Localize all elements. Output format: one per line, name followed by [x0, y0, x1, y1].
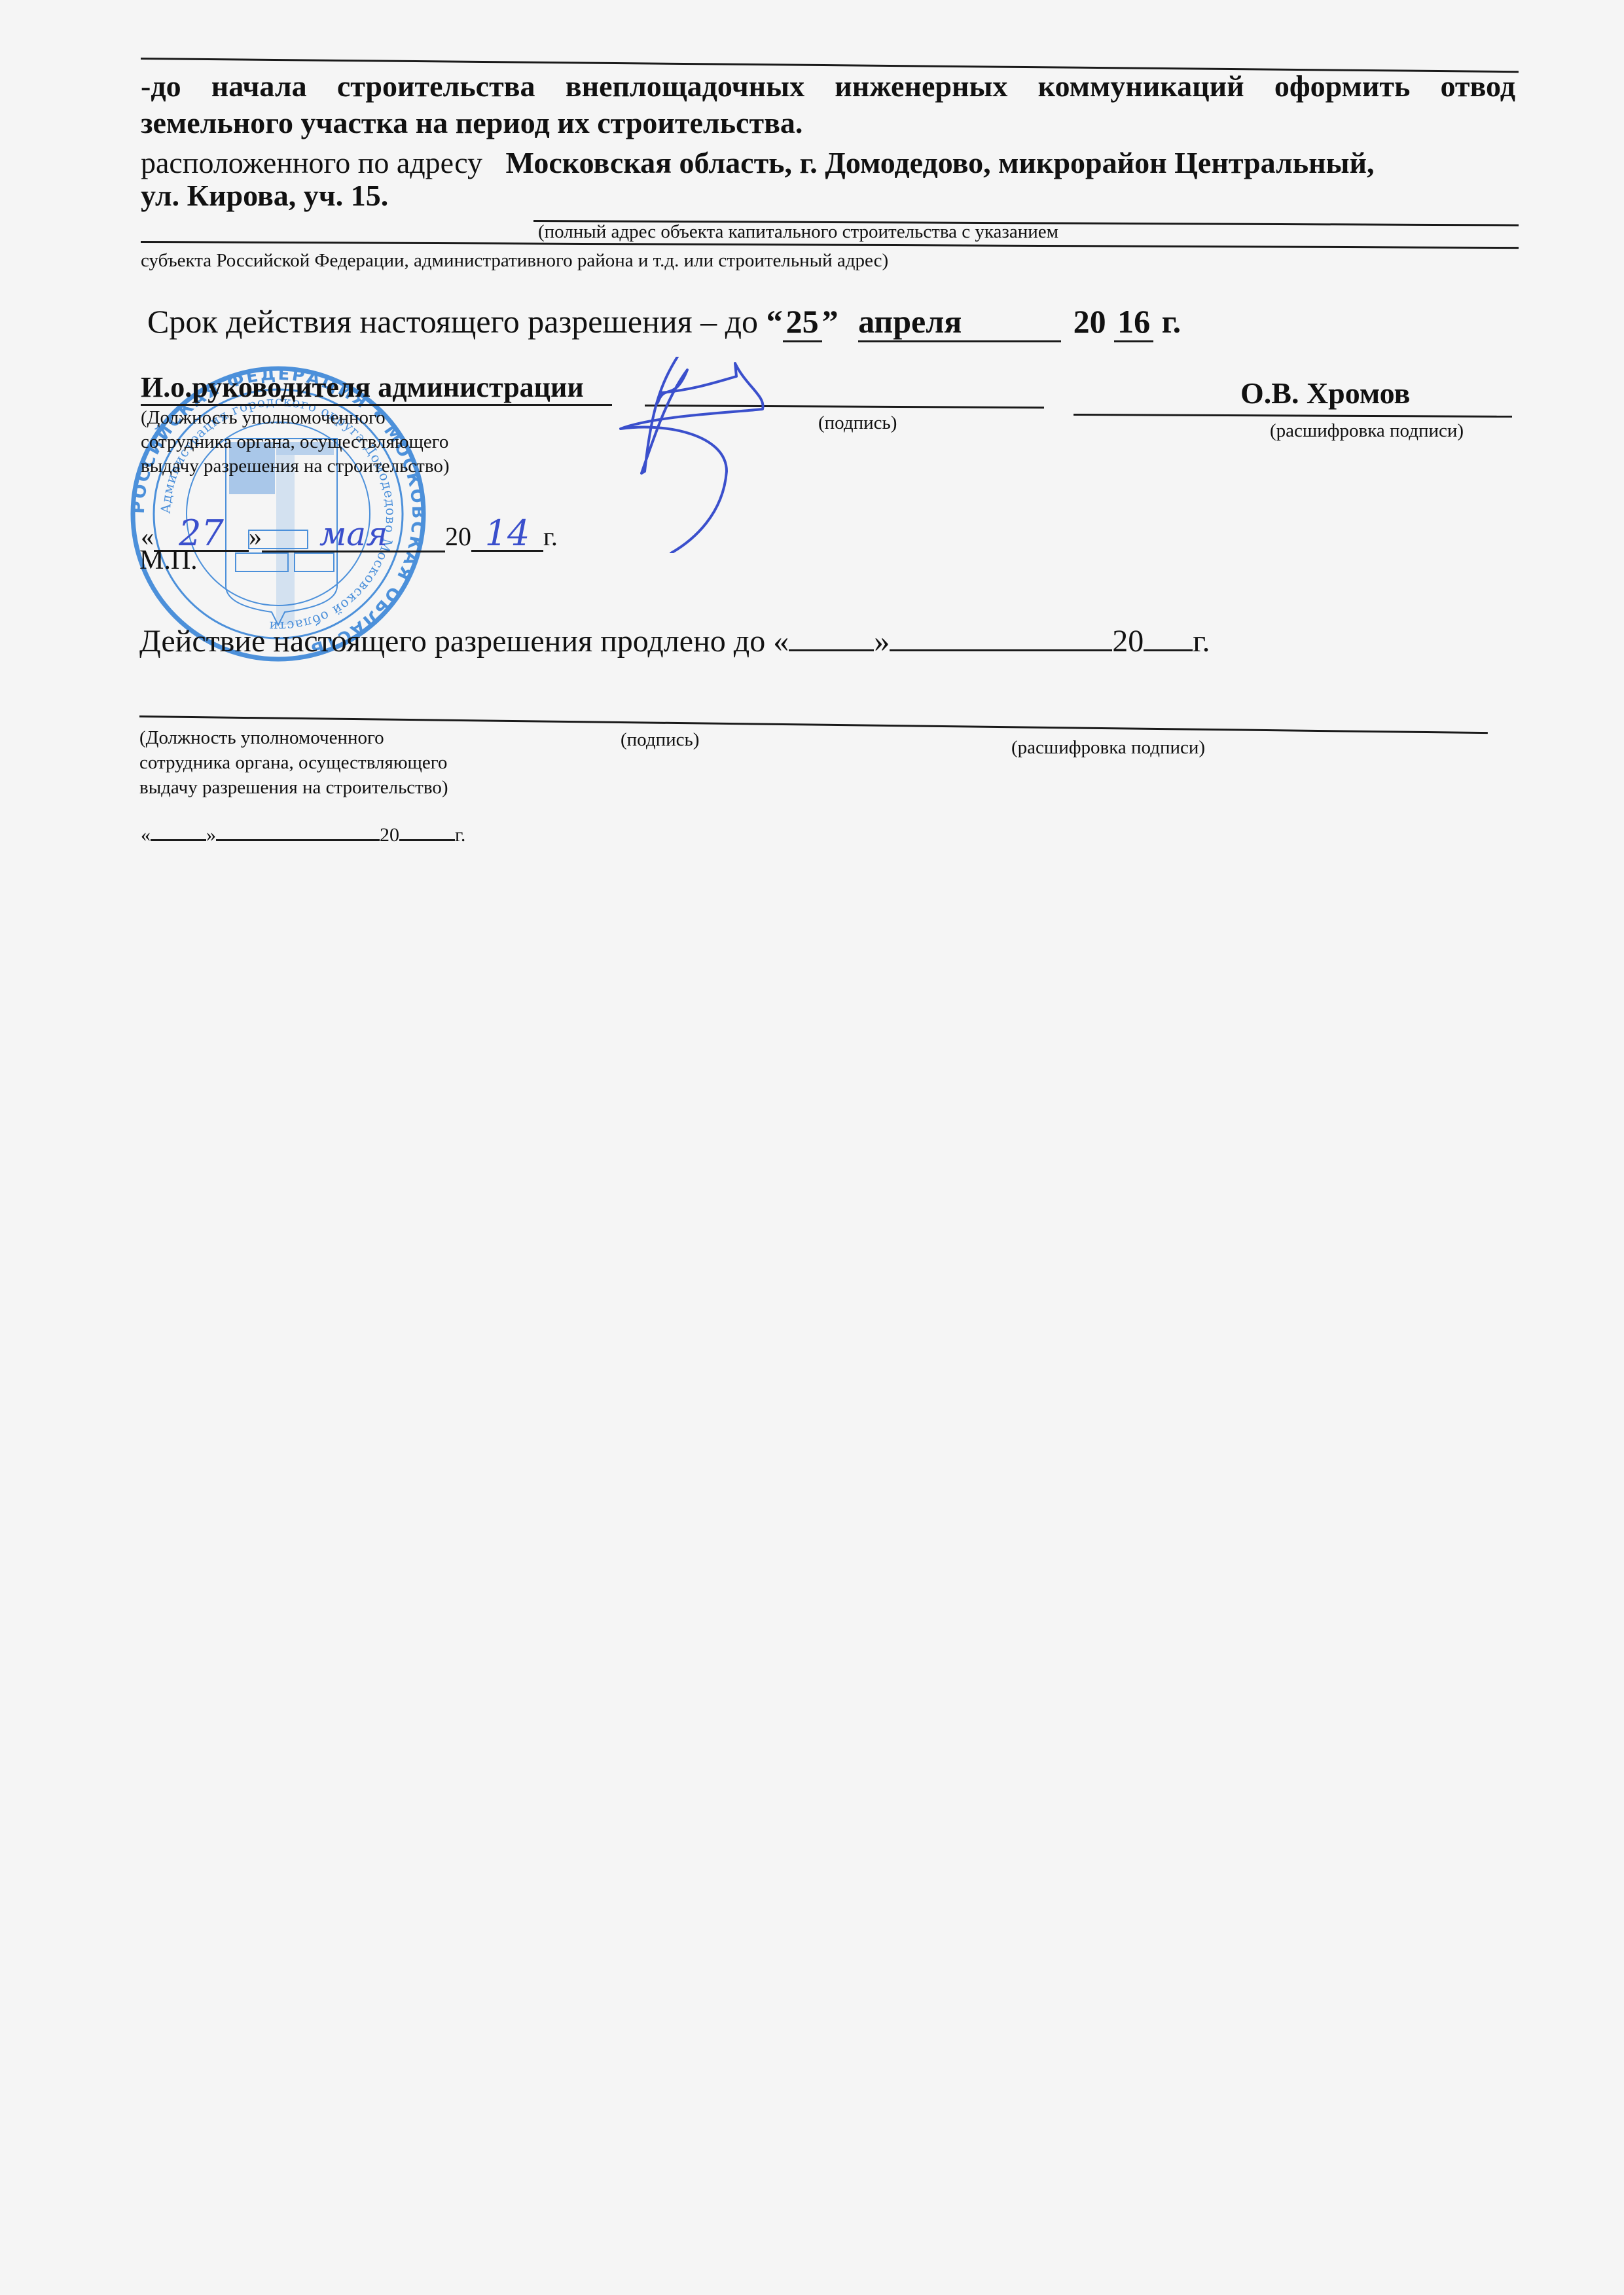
extension-date-suffix: г.	[455, 824, 465, 846]
address-line: расположенного по адресу Московская обла…	[141, 145, 1375, 180]
seal-label: М.П.	[139, 545, 198, 576]
issue-year: 14	[471, 517, 543, 552]
extension-year-blank[interactable]	[1144, 626, 1193, 651]
validity-line: Срок действия настоящего разрешения – до…	[147, 302, 1181, 342]
name-caption: (расшифровка подписи)	[1270, 419, 1464, 443]
date-close-quote: »	[249, 522, 262, 551]
clause-paragraph: -до начала строительства внеплощадочных …	[141, 68, 1515, 141]
extension-signature-caption: (подпись)	[621, 728, 699, 751]
validity-year-suffix: г.	[1162, 303, 1182, 340]
extension-date-close: »	[206, 824, 216, 846]
signatory-name: О.В. Хромов	[1240, 376, 1410, 410]
extension-name-caption: (расшифровка подписи)	[1011, 736, 1205, 759]
caption-line: сотрудника органа, осуществляющего	[139, 750, 448, 775]
caption-line: выдачу разрешения на строительство)	[139, 775, 448, 800]
issue-date-suffix: г.	[543, 522, 558, 551]
validity-century: 20	[1074, 303, 1106, 340]
validity-label: Срок действия настоящего разрешения – до	[147, 303, 758, 340]
handwritten-signature	[615, 357, 929, 553]
caption-line: выдачу разрешения на строительство)	[141, 454, 450, 479]
address-value-1: Московская область, г. Домодедово, микро…	[506, 146, 1375, 179]
address-value-2: ул. Кирова, уч. 15.	[141, 178, 388, 213]
extension-line: Действие настоящего разрешения продлено …	[139, 623, 1210, 659]
validity-month: апреля	[858, 302, 1061, 342]
extension-open-quote: «	[773, 624, 789, 659]
extension-date-month-blank[interactable]	[216, 823, 380, 841]
address-label: расположенного по адресу	[141, 146, 482, 179]
extension-date-open: «	[141, 824, 151, 846]
validity-day: 25	[783, 302, 822, 342]
extension-date-year-blank[interactable]	[399, 823, 455, 841]
extension-suffix: г.	[1193, 624, 1210, 659]
extension-close-quote: »	[874, 624, 890, 659]
open-quote: “	[767, 303, 783, 340]
extension-date-line: «»20г.	[141, 823, 465, 846]
signatory-position: И.о.руководителя администрации	[141, 370, 612, 406]
extension-century: 20	[1112, 624, 1144, 659]
extension-month-blank[interactable]	[890, 626, 1112, 651]
address-caption-1: (полный адрес объекта капитального строи…	[538, 220, 1058, 244]
issue-date-line: «27»мая2014г.	[141, 517, 558, 552]
validity-year: 16	[1114, 302, 1153, 342]
issue-month: мая	[262, 518, 445, 552]
caption-line: (Должность уполномоченного	[141, 406, 450, 430]
extension-text: Действие настоящего разрешения продлено …	[139, 624, 765, 659]
name-rule	[1074, 414, 1512, 418]
address-caption-2: субъекта Российской Федерации, администр…	[141, 249, 888, 272]
issue-century: 20	[445, 522, 471, 551]
caption-line: (Должность уполномоченного	[139, 725, 448, 750]
signatory-position-caption: (Должность уполномоченного сотрудника ор…	[141, 406, 450, 479]
extension-date-century: 20	[380, 824, 399, 846]
extension-day-blank[interactable]	[789, 626, 874, 651]
extension-date-day-blank[interactable]	[151, 823, 206, 841]
extension-position-caption: (Должность уполномоченного сотрудника ор…	[139, 725, 448, 800]
close-quote: ”	[822, 303, 839, 340]
caption-line: сотрудника органа, осуществляющего	[141, 430, 450, 454]
